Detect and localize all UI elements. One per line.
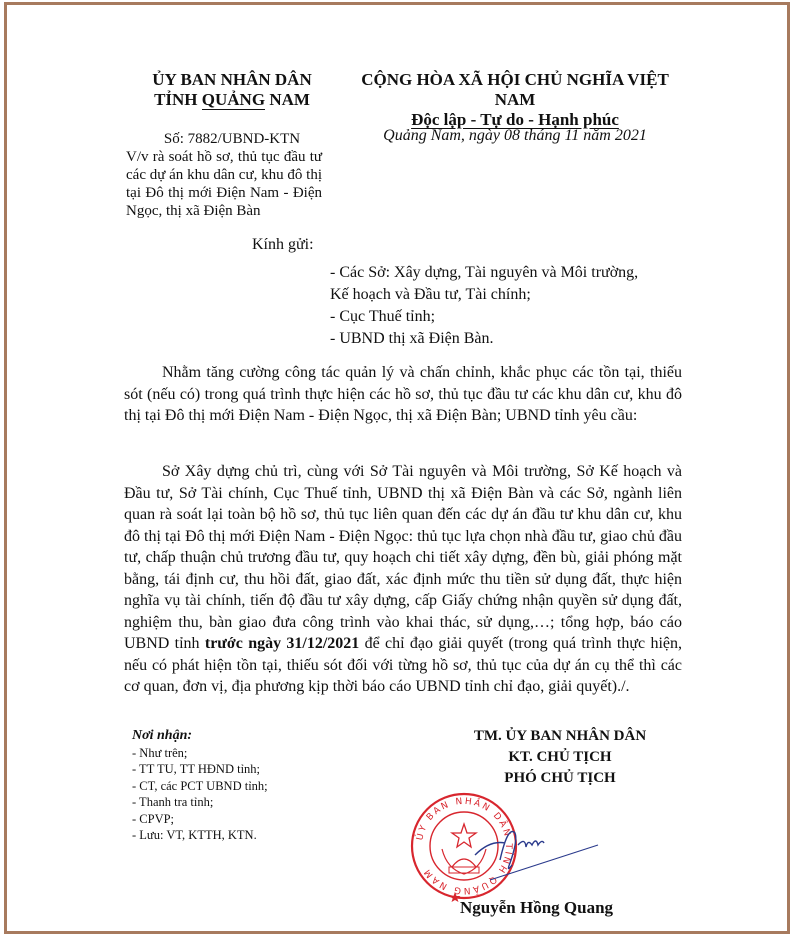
agency-line-2: TỈNH QUẢNG NAM bbox=[122, 90, 342, 110]
signature-line-1: TM. ỦY BAN NHÂN DÂN bbox=[420, 726, 700, 747]
agency-line-2-pre: TỈNH bbox=[154, 90, 202, 109]
distribution-item: - Như trên; bbox=[132, 745, 268, 762]
agency-line-2-post: NAM bbox=[265, 90, 310, 109]
distribution-item: - TT TU, TT HĐND tỉnh; bbox=[132, 761, 268, 778]
body-paragraph-1: Nhằm tăng cường công tác quản lý và chấn… bbox=[124, 362, 682, 427]
distribution-item: - Thanh tra tỉnh; bbox=[132, 794, 268, 811]
addressee-item: - UBND thị xã Điện Bàn. bbox=[330, 328, 638, 350]
distribution-title: Nơi nhận: bbox=[132, 728, 268, 745]
distribution-item: - Lưu: VT, KTTH, KTN. bbox=[132, 827, 268, 844]
distribution-list: Nơi nhận: - Như trên; - TT TU, TT HĐND t… bbox=[132, 728, 268, 844]
national-title: CỘNG HÒA XÃ HỘI CHỦ NGHĨA VIỆT NAM bbox=[340, 70, 690, 110]
signature-line-3: PHÓ CHỦ TỊCH bbox=[420, 768, 700, 789]
addressee-item: Kế hoạch và Đầu tư, Tài chính; bbox=[330, 284, 638, 306]
signature-line-2: KT. CHỦ TỊCH bbox=[420, 747, 700, 768]
document-number: Số: 7882/UBND-KTN bbox=[122, 130, 342, 148]
addressees-list: - Các Sở: Xây dựng, Tài nguyên và Môi tr… bbox=[330, 262, 638, 350]
place-and-date: Quảng Nam, ngày 08 tháng 11 năm 2021 bbox=[340, 126, 690, 146]
addressee-item: - Các Sở: Xây dựng, Tài nguyên và Môi tr… bbox=[330, 262, 638, 284]
distribution-item: - CT, các PCT UBND tỉnh; bbox=[132, 778, 268, 795]
paragraph-2-text: Sở Xây dựng chủ trì, cùng với Sở Tài ngu… bbox=[124, 463, 682, 652]
issuing-agency-header: ỦY BAN NHÂN DÂN TỈNH QUẢNG NAM bbox=[122, 70, 342, 110]
national-header: CỘNG HÒA XÃ HỘI CHỦ NGHĨA VIỆT NAM Độc l… bbox=[340, 70, 690, 130]
addressee-item: - Cục Thuế tỉnh; bbox=[330, 306, 638, 328]
agency-line-2-underlined: QUẢNG bbox=[202, 90, 265, 110]
addressees-label: Kính gửi: bbox=[252, 235, 314, 255]
body-paragraph-2: Sở Xây dựng chủ trì, cùng với Sở Tài ngu… bbox=[124, 461, 682, 698]
agency-line-1: ỦY BAN NHÂN DÂN bbox=[122, 70, 342, 90]
signature-title: TM. ỦY BAN NHÂN DÂN KT. CHỦ TỊCH PHÓ CHỦ… bbox=[420, 726, 700, 789]
document-subject: V/v rà soát hồ sơ, thủ tục đầu tư các dự… bbox=[126, 148, 322, 220]
handwritten-signature bbox=[470, 815, 600, 885]
signer-name: Nguyễn Hồng Quang bbox=[460, 898, 613, 918]
deadline-text: trước ngày 31/12/2021 bbox=[205, 635, 359, 652]
distribution-item: - CPVP; bbox=[132, 811, 268, 828]
